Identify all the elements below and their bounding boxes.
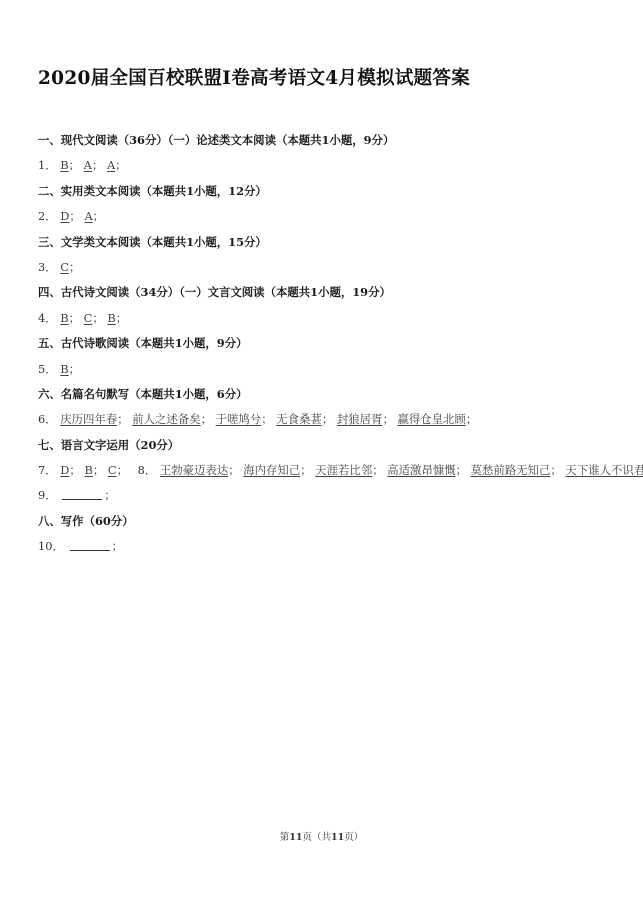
question-number: 3．: [38, 260, 57, 274]
answer: A: [84, 209, 92, 223]
question-number: 6．: [38, 412, 57, 426]
section-heading-6: 六、名篇名句默写（本题共1小题，6分）: [38, 382, 618, 407]
answer: 海内存知己: [243, 463, 300, 477]
answer: A: [84, 158, 92, 172]
answer: 王勃豪迈表达: [160, 463, 228, 477]
question-number: 7．: [38, 463, 57, 477]
section-heading-8: 八、写作（60分）: [38, 509, 618, 534]
answer-list: 一、现代文阅读（36分）（一）论述类文本阅读（本题共1小题，9分） 1． B； …: [38, 128, 618, 560]
section-heading-4: 四、古代诗文阅读（34分）（一）文言文阅读（本题共1小题，19分）: [38, 280, 618, 305]
answer: B: [60, 362, 68, 376]
answer-row-3: 3． C；: [38, 255, 618, 280]
answer-row-4: 4． B； C； B；: [38, 306, 618, 331]
section-heading-3: 三、文学类文本阅读（本题共1小题，15分）: [38, 230, 618, 255]
answer: 赢得仓皇北顾: [397, 412, 465, 426]
answer: 前人之述备矣: [132, 412, 200, 426]
answer: 高适激昂慷慨: [387, 463, 455, 477]
answer: 于嗟鸠兮: [216, 412, 262, 426]
answer: A: [107, 158, 115, 172]
answer: 莫愁前路无知己: [471, 463, 551, 477]
question-number: 1．: [38, 158, 57, 172]
answer-row-7-8: 7． D； B； C； 8． 王勃豪迈表达； 海内存知己； 天涯若比邻； 高适激…: [38, 458, 618, 483]
blank-line: [70, 538, 110, 551]
question-number: 4．: [38, 311, 57, 325]
section-heading-5: 五、古代诗歌阅读（本题共1小题，9分）: [38, 331, 618, 356]
answer: C: [60, 260, 69, 274]
answer: B: [107, 311, 115, 325]
answer-row-10: 10． ；: [38, 534, 618, 559]
answer: C: [108, 463, 117, 477]
answer: B: [60, 158, 68, 172]
answer-row-1: 1． B； A； A；: [38, 153, 618, 178]
question-number: 2．: [38, 209, 57, 223]
blank-line: [62, 487, 102, 500]
answer: B: [60, 311, 68, 325]
answer: 无食桑葚: [276, 412, 322, 426]
section-heading-7: 七、语言文字运用（20分）: [38, 433, 618, 458]
question-number: 8．: [138, 463, 157, 477]
answer: B: [84, 463, 92, 477]
question-number: 5．: [38, 362, 57, 376]
answer: 封狼居胥: [337, 412, 383, 426]
answer-row-2: 2． D； A；: [38, 204, 618, 229]
page-footer: 第11页（共11页）: [0, 829, 643, 843]
answer: 天涯若比邻: [315, 463, 372, 477]
answer-row-9: 9． ；: [38, 483, 618, 508]
total-pages: 11: [331, 832, 344, 843]
section-heading-1: 一、现代文阅读（36分）（一）论述类文本阅读（本题共1小题，9分）: [38, 128, 618, 153]
answer-row-6: 6． 庆历四年春； 前人之述备矣； 于嗟鸠兮； 无食桑葚； 封狼居胥； 赢得仓皇…: [38, 407, 618, 432]
document-title: 2020届全国百校联盟I卷高考语文4月模拟试题答案: [38, 64, 470, 90]
current-page: 11: [289, 832, 302, 843]
section-heading-2: 二、实用类文本阅读（本题共1小题，12分）: [38, 179, 618, 204]
answer: 天下谁人不识君: [565, 463, 643, 477]
answer-row-5: 5． B；: [38, 357, 618, 382]
answer: 庆历四年春: [60, 412, 117, 426]
question-number: 10．: [38, 539, 64, 553]
question-number: 9．: [38, 488, 57, 502]
